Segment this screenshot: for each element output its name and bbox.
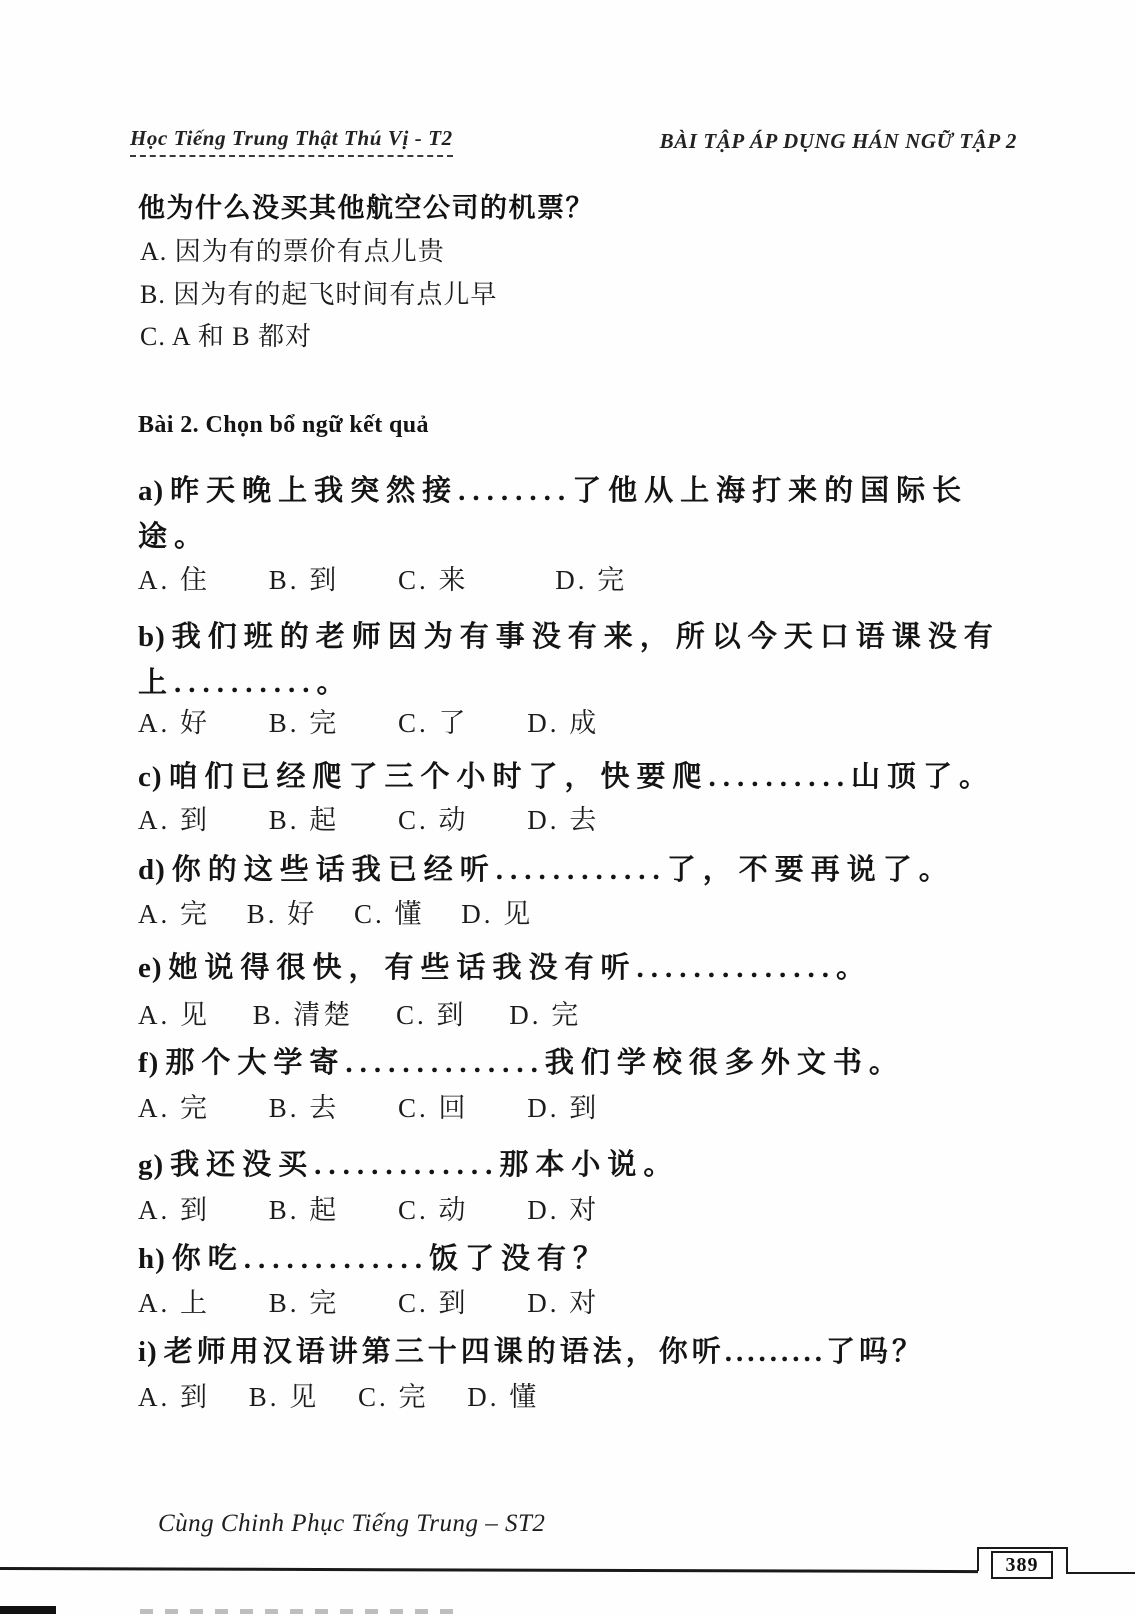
- option: B. 起: [269, 1188, 340, 1227]
- item-g-question: g)我还没买.............那本小说。: [138, 1142, 1093, 1188]
- option: D. 懂: [467, 1375, 539, 1414]
- item-g-label: g): [138, 1149, 164, 1181]
- option: D. 见: [461, 892, 533, 931]
- option: C. 懂: [354, 892, 425, 931]
- option: B. 起: [269, 798, 340, 837]
- option: C. 来: [398, 558, 469, 597]
- item-e-question: e)她说得很快，有些话我没有听..............。: [138, 945, 1093, 991]
- option: C. 动: [398, 798, 469, 837]
- scan-artifact: [0, 1606, 56, 1614]
- question1-option-b: B. 因为有的起飞时间有点儿早: [140, 274, 497, 311]
- option: A. 住: [138, 558, 210, 597]
- option: D. 对: [527, 1188, 599, 1227]
- item-d-options: A. 完 B. 好 C. 懂 D. 见: [138, 892, 533, 931]
- footer-rule: [0, 1567, 978, 1573]
- footer-rule-step-right: [1066, 1547, 1068, 1574]
- item-f-label: f): [138, 1047, 159, 1079]
- option: A. 好: [138, 701, 210, 740]
- item-d-question: d)你的这些话我已经听............了，不要再说了。: [138, 847, 1093, 893]
- item-e-options: A. 见 B. 清楚 C. 到 D. 完: [138, 993, 581, 1032]
- option: C. 动: [398, 1188, 469, 1227]
- item-h-options: A. 上 B. 完 C. 到 D. 对: [138, 1281, 599, 1320]
- option: B. 去: [269, 1086, 340, 1125]
- footer-slogan: Cùng Chinh Phục Tiếng Trung – ST2: [158, 1510, 545, 1538]
- question1-option-c: C. A 和 B 都对: [140, 316, 312, 353]
- item-a-question: a)昨天晚上我突然接........了他从上海打来的国际长 途。: [138, 468, 1093, 560]
- option: D. 到: [527, 1086, 599, 1125]
- item-d-label: d): [138, 854, 166, 886]
- item-g-options: A. 到 B. 起 C. 动 D. 对: [138, 1188, 599, 1227]
- option: A. 到: [138, 1375, 210, 1414]
- question1-prompt: 他为什么没买其他航空公司的机票？: [138, 186, 594, 225]
- option: A. 完: [138, 892, 210, 931]
- item-e-label: e): [138, 952, 163, 984]
- item-i-label: i): [138, 1336, 158, 1368]
- item-b-options: A. 好 B. 完 C. 了 D. 成: [138, 701, 599, 740]
- option: B. 完: [269, 701, 340, 740]
- option: B. 清楚: [253, 993, 354, 1032]
- page-number: 389: [991, 1551, 1053, 1579]
- scanned-textbook-page: Học Tiếng Trung Thật Thú Vị - T2 BÀI TẬP…: [0, 0, 1135, 1617]
- exercise2-title: Bài 2. Chọn bổ ngữ kết quả: [138, 412, 429, 439]
- option: C. 了: [398, 701, 469, 740]
- option: A. 见: [138, 993, 210, 1032]
- option: D. 对: [527, 1281, 599, 1320]
- item-c-options: A. 到 B. 起 C. 动 D. 去: [138, 798, 599, 837]
- item-h-label: h): [138, 1243, 166, 1275]
- item-a-label: a): [138, 475, 164, 507]
- option: A. 到: [138, 1188, 210, 1227]
- option: C. 回: [398, 1086, 469, 1125]
- item-f-options: A. 完 B. 去 C. 回 D. 到: [138, 1086, 599, 1125]
- header-book-title: Học Tiếng Trung Thật Thú Vị - T2: [130, 126, 453, 157]
- scan-artifact: [140, 1609, 460, 1614]
- item-c-question: c)咱们已经爬了三个小时了，快要爬..........山顶了。: [138, 754, 1093, 800]
- option: A. 到: [138, 798, 210, 837]
- item-i-question: i)老师用汉语讲第三十四课的语法，你听.........了吗？: [138, 1329, 1093, 1375]
- option: D. 完: [509, 993, 581, 1032]
- option: B. 完: [269, 1281, 340, 1320]
- item-i-options: A. 到 B. 见 C. 完 D. 懂: [138, 1375, 539, 1414]
- option: A. 完: [138, 1086, 210, 1125]
- option: C. 到: [398, 1281, 469, 1320]
- footer-rule-step-top: [977, 1547, 1068, 1549]
- option: D. 去: [527, 798, 599, 837]
- footer-rule-right: [1066, 1572, 1135, 1574]
- option: C. 完: [358, 1375, 429, 1414]
- option: D. 成: [527, 701, 599, 740]
- option: A. 上: [138, 1281, 210, 1320]
- item-b-question: b)我们班的老师因为有事没有来，所以今天口语课没有 上..........。: [138, 614, 1093, 706]
- option: B. 见: [249, 1375, 320, 1414]
- item-c-label: c): [138, 761, 163, 793]
- option: B. 好: [247, 892, 318, 931]
- item-a-options: A. 住 B. 到 C. 来 D. 完: [138, 558, 627, 597]
- option: B. 到: [269, 558, 340, 597]
- item-f-question: f)那个大学寄..............我们学校很多外文书。: [138, 1040, 1093, 1086]
- footer-rule-step-left: [977, 1547, 979, 1571]
- item-b-label: b): [138, 621, 166, 653]
- item-h-question: h)你吃.............饭了没有？: [138, 1236, 1093, 1282]
- option: C. 到: [396, 993, 467, 1032]
- header-section-title: BÀI TẬP ÁP DỤNG HÁN NGỮ TẬP 2: [660, 129, 1017, 154]
- question1-option-a: A. 因为有的票价有点儿贵: [140, 231, 445, 268]
- option: D. 完: [555, 558, 627, 597]
